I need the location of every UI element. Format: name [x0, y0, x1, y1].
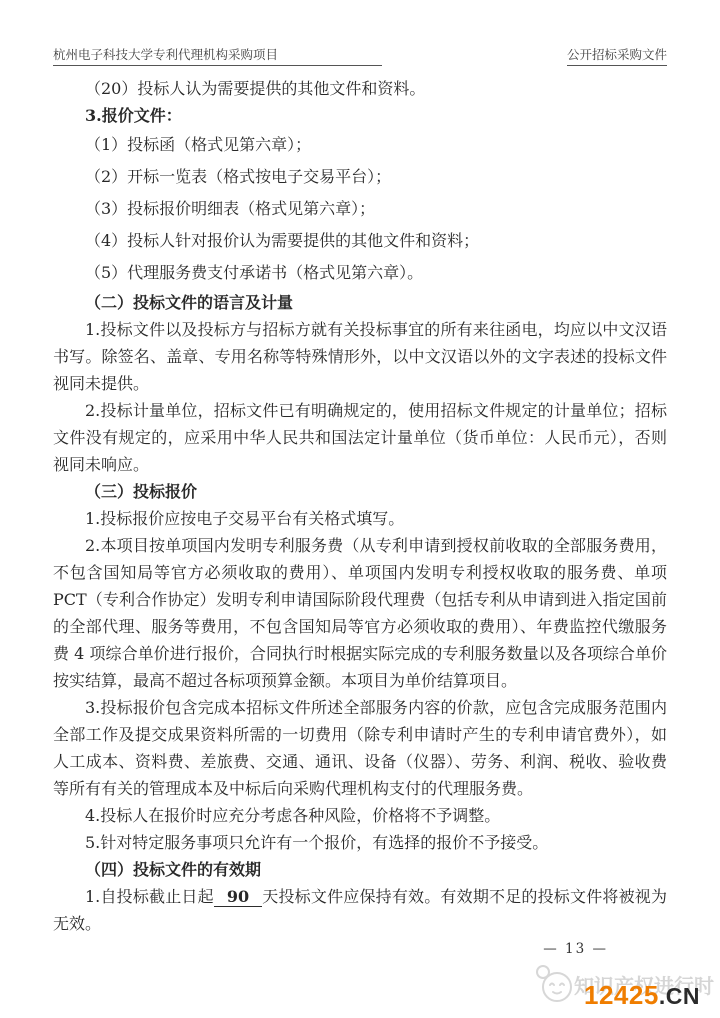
- document-page: 杭州电子科技大学专利代理机构采购项目 公开招标采购文件 （20）投标人认为需要提…: [0, 0, 720, 1018]
- running-header: 杭州电子科技大学专利代理机构采购项目 公开招标采购文件: [53, 45, 667, 66]
- watermark-domain: 12425.CN: [584, 980, 700, 1011]
- paragraph-item-20: （20）投标人认为需要提供的其他文件和资料。: [53, 75, 667, 102]
- price-doc-item-3: （3）投标报价明细表（格式见第六章）；: [53, 193, 667, 225]
- heading-validity-period: （四）投标文件的有效期: [53, 856, 667, 883]
- paragraph-bid-price-5: 5.针对特定服务事项只允许有一个报价，有选择的报价不予接受。: [53, 829, 667, 856]
- cat-mascot-icon: [534, 963, 574, 1011]
- price-doc-item-2: （2）开标一览表（格式按电子交易平台）；: [53, 161, 667, 193]
- paragraph-language-2: 2.投标计量单位，招标文件已有明确规定的，使用招标文件规定的计量单位；招标文件没…: [53, 397, 667, 478]
- heading-bid-price: （三）投标报价: [53, 478, 667, 505]
- validity-days-value: 90: [214, 887, 262, 907]
- header-document-type: 公开招标采购文件: [567, 45, 667, 66]
- page-number: — 13 —: [543, 941, 608, 957]
- price-doc-item-5: （5）代理服务费支付承诺书（格式见第六章）。: [53, 257, 667, 289]
- watermark-domain-number: 12425: [584, 980, 659, 1010]
- heading-language-and-measure: （二）投标文件的语言及计量: [53, 289, 667, 316]
- heading-price-docs: 3.报价文件：: [53, 102, 667, 129]
- paragraph-bid-price-2: 2.本项目按单项国内发明专利服务费（从专利申请到授权前收取的全部服务费用，不包含…: [53, 532, 667, 694]
- watermark: 知识产权进行时 12425.CN: [534, 957, 720, 1015]
- paragraph-bid-price-1: 1.投标报价应按电子交易平台有关格式填写。: [53, 505, 667, 532]
- document-body: （20）投标人认为需要提供的其他文件和资料。 3.报价文件： （1）投标函（格式…: [53, 75, 667, 937]
- price-doc-item-1: （1）投标函（格式见第六章）；: [53, 129, 667, 161]
- paragraph-bid-price-3: 3.投标报价包含完成本招标文件所述全部服务内容的价款，应包含完成服务范围内全部工…: [53, 694, 667, 802]
- paragraph-language-1: 1.投标文件以及投标方与招标方就有关投标事宜的所有来往函电，均应以中文汉语书写。…: [53, 316, 667, 397]
- watermark-domain-suffix: .CN: [659, 983, 700, 1009]
- header-project-title: 杭州电子科技大学专利代理机构采购项目: [53, 45, 382, 66]
- price-doc-item-4: （4）投标人针对报价认为需要提供的其他文件和资料；: [53, 225, 667, 257]
- validity-prefix-text: 1.自投标截止日起: [85, 887, 214, 906]
- paragraph-bid-price-4: 4.投标人在报价时应充分考虑各种风险，价格将不予调整。: [53, 802, 667, 829]
- paragraph-validity: 1.自投标截止日起90天投标文件应保持有效。有效期不足的投标文件将被视为无效。: [53, 883, 667, 937]
